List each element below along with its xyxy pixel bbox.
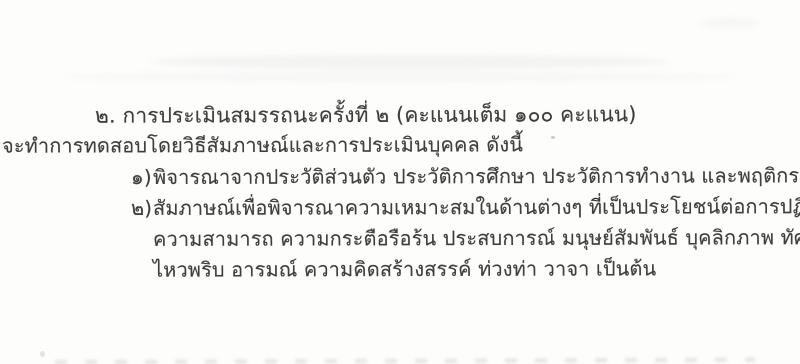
list-item-2-text-line-2: ความสามารถ ความกระตือรือร้น ประสบการณ์ ม… <box>153 222 800 254</box>
scan-ghosting-artifact <box>700 18 760 28</box>
scan-speck-artifact <box>551 136 555 139</box>
scan-ghosting-artifact <box>150 55 670 69</box>
scanned-document-page: ๒. การประเมินสมรรถนะครั้งที่ ๒ (คะแนนเต็… <box>0 0 800 364</box>
list-item-2-text-line-3: ไหวพริบ อารมณ์ ความคิดสร้างสรรค์ ท่วงท่า… <box>153 253 656 284</box>
list-item-2-number: ๒) <box>131 193 153 223</box>
scan-speck-artifact <box>40 351 45 357</box>
scan-ghosting-artifact <box>60 72 740 82</box>
list-item-2-text-line-1: สัมภาษณ์เพื่อพิจารณาความเหมาะสมในด้านต่า… <box>153 194 800 220</box>
cutoff-text-streak-artifact <box>55 358 755 364</box>
section-heading: ๒. การประเมินสมรรถนะครั้งที่ ๒ (คะแนนเต็… <box>95 99 637 130</box>
list-item-1-text: พิจารณาจากประวัติส่วนตัว ประวัติการศึกษา… <box>153 163 800 189</box>
list-item-2: ๒)สัมภาษณ์เพื่อพิจารณาความเหมาะสมในด้านต… <box>131 191 800 223</box>
list-item-1: ๑)พิจารณาจากประวัติส่วนตัว ประวัติการศึก… <box>131 160 800 192</box>
intro-text: จะทำการทดสอบโดยวิธีสัมภาษณ์และการประเมิน… <box>2 129 523 160</box>
list-item-1-number: ๑) <box>131 162 153 192</box>
